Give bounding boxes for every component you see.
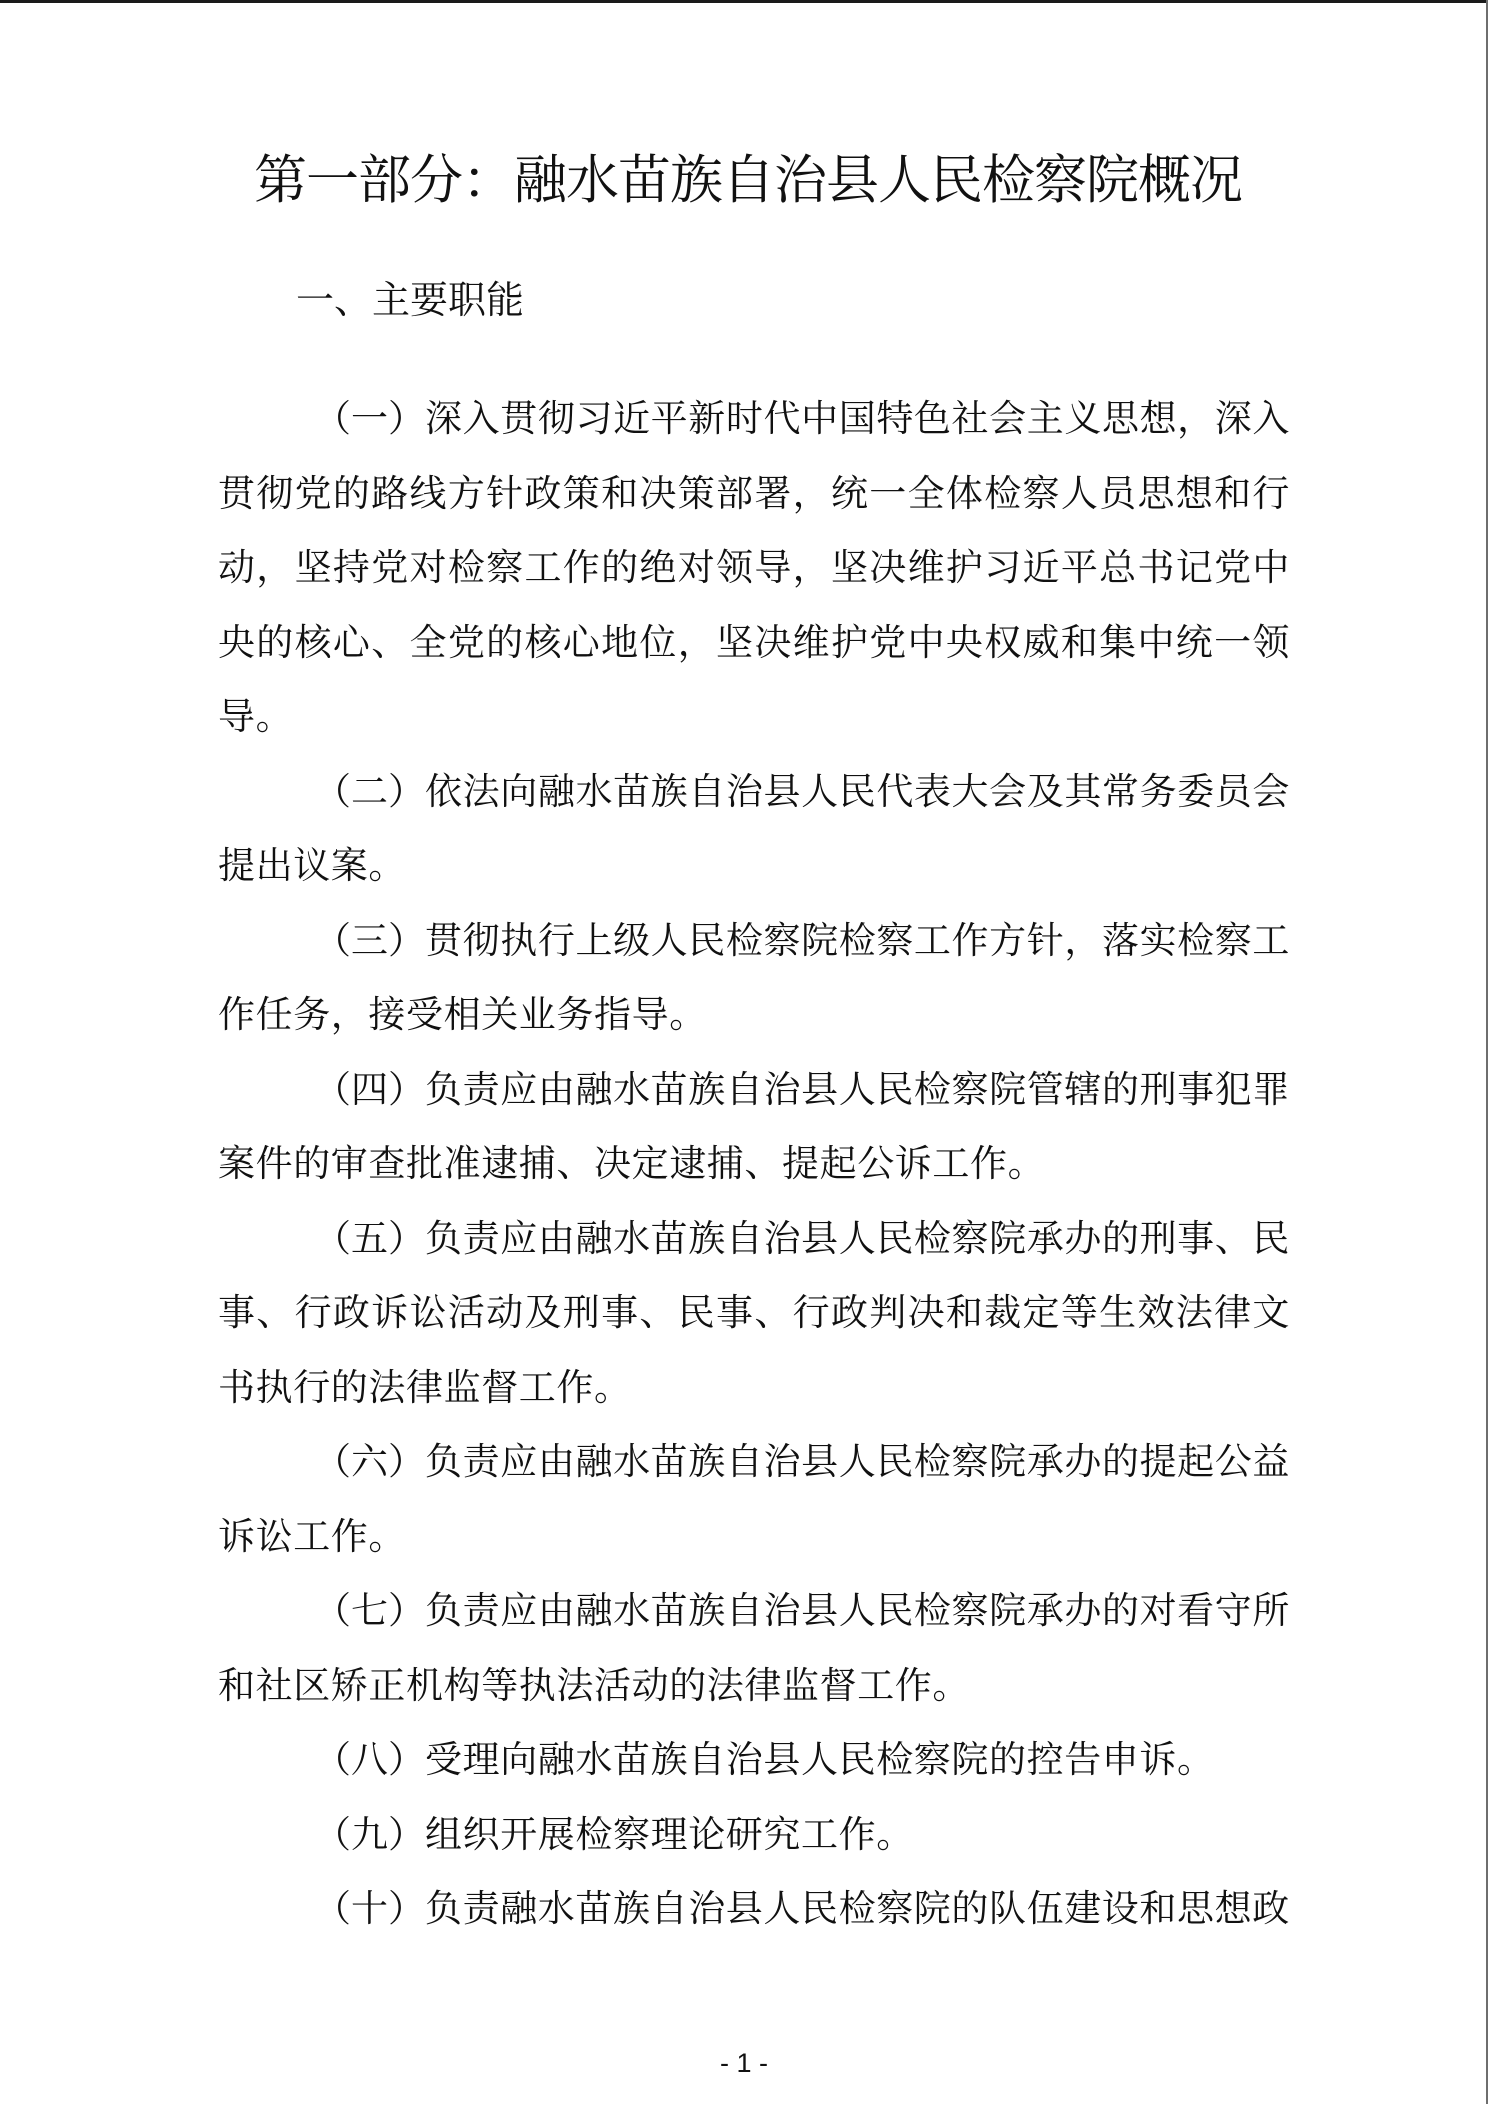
paragraph-text: 负责融水苗族自治县人民检察院的队伍建设和思想政 [425,1887,1290,1930]
paragraph-1: （一）深入贯彻习近平新时代中国特色社会主义思想，深入贯彻党的路线方针政策和决策部… [218,382,1290,755]
page-top-border [0,0,1488,3]
paragraph-number: （十） [314,1887,425,1930]
paragraph-number: （七） [314,1589,425,1632]
paragraph-number: （五） [314,1217,425,1260]
document-body: （一）深入贯彻习近平新时代中国特色社会主义思想，深入贯彻党的路线方针政策和决策部… [218,382,1290,1947]
paragraph-text: 深入贯彻习近平新时代中国特色社会主义思想，深入贯彻党的路线方针政策和决策部署，统… [218,397,1290,738]
paragraph-4: （四）负责应由融水苗族自治县人民检察院管辖的刑事犯罪案件的审查批准逮捕、决定逮捕… [218,1053,1290,1202]
paragraph-10: （十）负责融水苗族自治县人民检察院的队伍建设和思想政 [218,1872,1290,1947]
paragraph-text: 组织开展检察理论研究工作。 [425,1813,914,1856]
section-heading: 一、主要职能 [296,272,524,328]
paragraph-number: （二） [314,770,425,813]
paragraph-number: （六） [314,1440,425,1483]
paragraph-2: （二）依法向融水苗族自治县人民代表大会及其常务委员会提出议案。 [218,755,1290,904]
page-title: 第一部分：融水苗族自治县人民检察院概况 [218,146,1278,216]
paragraph-number: （八） [314,1738,425,1781]
paragraph-6: （六）负责应由融水苗族自治县人民检察院承办的提起公益诉讼工作。 [218,1425,1290,1574]
paragraph-number: （四） [314,1068,425,1111]
paragraph-7: （七）负责应由融水苗族自治县人民检察院承办的对看守所和社区矫正机构等执法活动的法… [218,1574,1290,1723]
paragraph-number: （一） [314,397,425,440]
paragraph-number: （九） [314,1813,425,1856]
paragraph-text: 受理向融水苗族自治县人民检察院的控告申诉。 [425,1738,1215,1781]
page-number: - 1 - [0,2046,1488,2080]
paragraph-number: （三） [314,919,425,962]
paragraph-5: （五）负责应由融水苗族自治县人民检察院承办的刑事、民事、行政诉讼活动及刑事、民事… [218,1202,1290,1426]
paragraph-3: （三）贯彻执行上级人民检察院检察工作方针，落实检察工作任务，接受相关业务指导。 [218,904,1290,1053]
paragraph-8: （八）受理向融水苗族自治县人民检察院的控告申诉。 [218,1723,1290,1798]
paragraph-9: （九）组织开展检察理论研究工作。 [218,1798,1290,1873]
